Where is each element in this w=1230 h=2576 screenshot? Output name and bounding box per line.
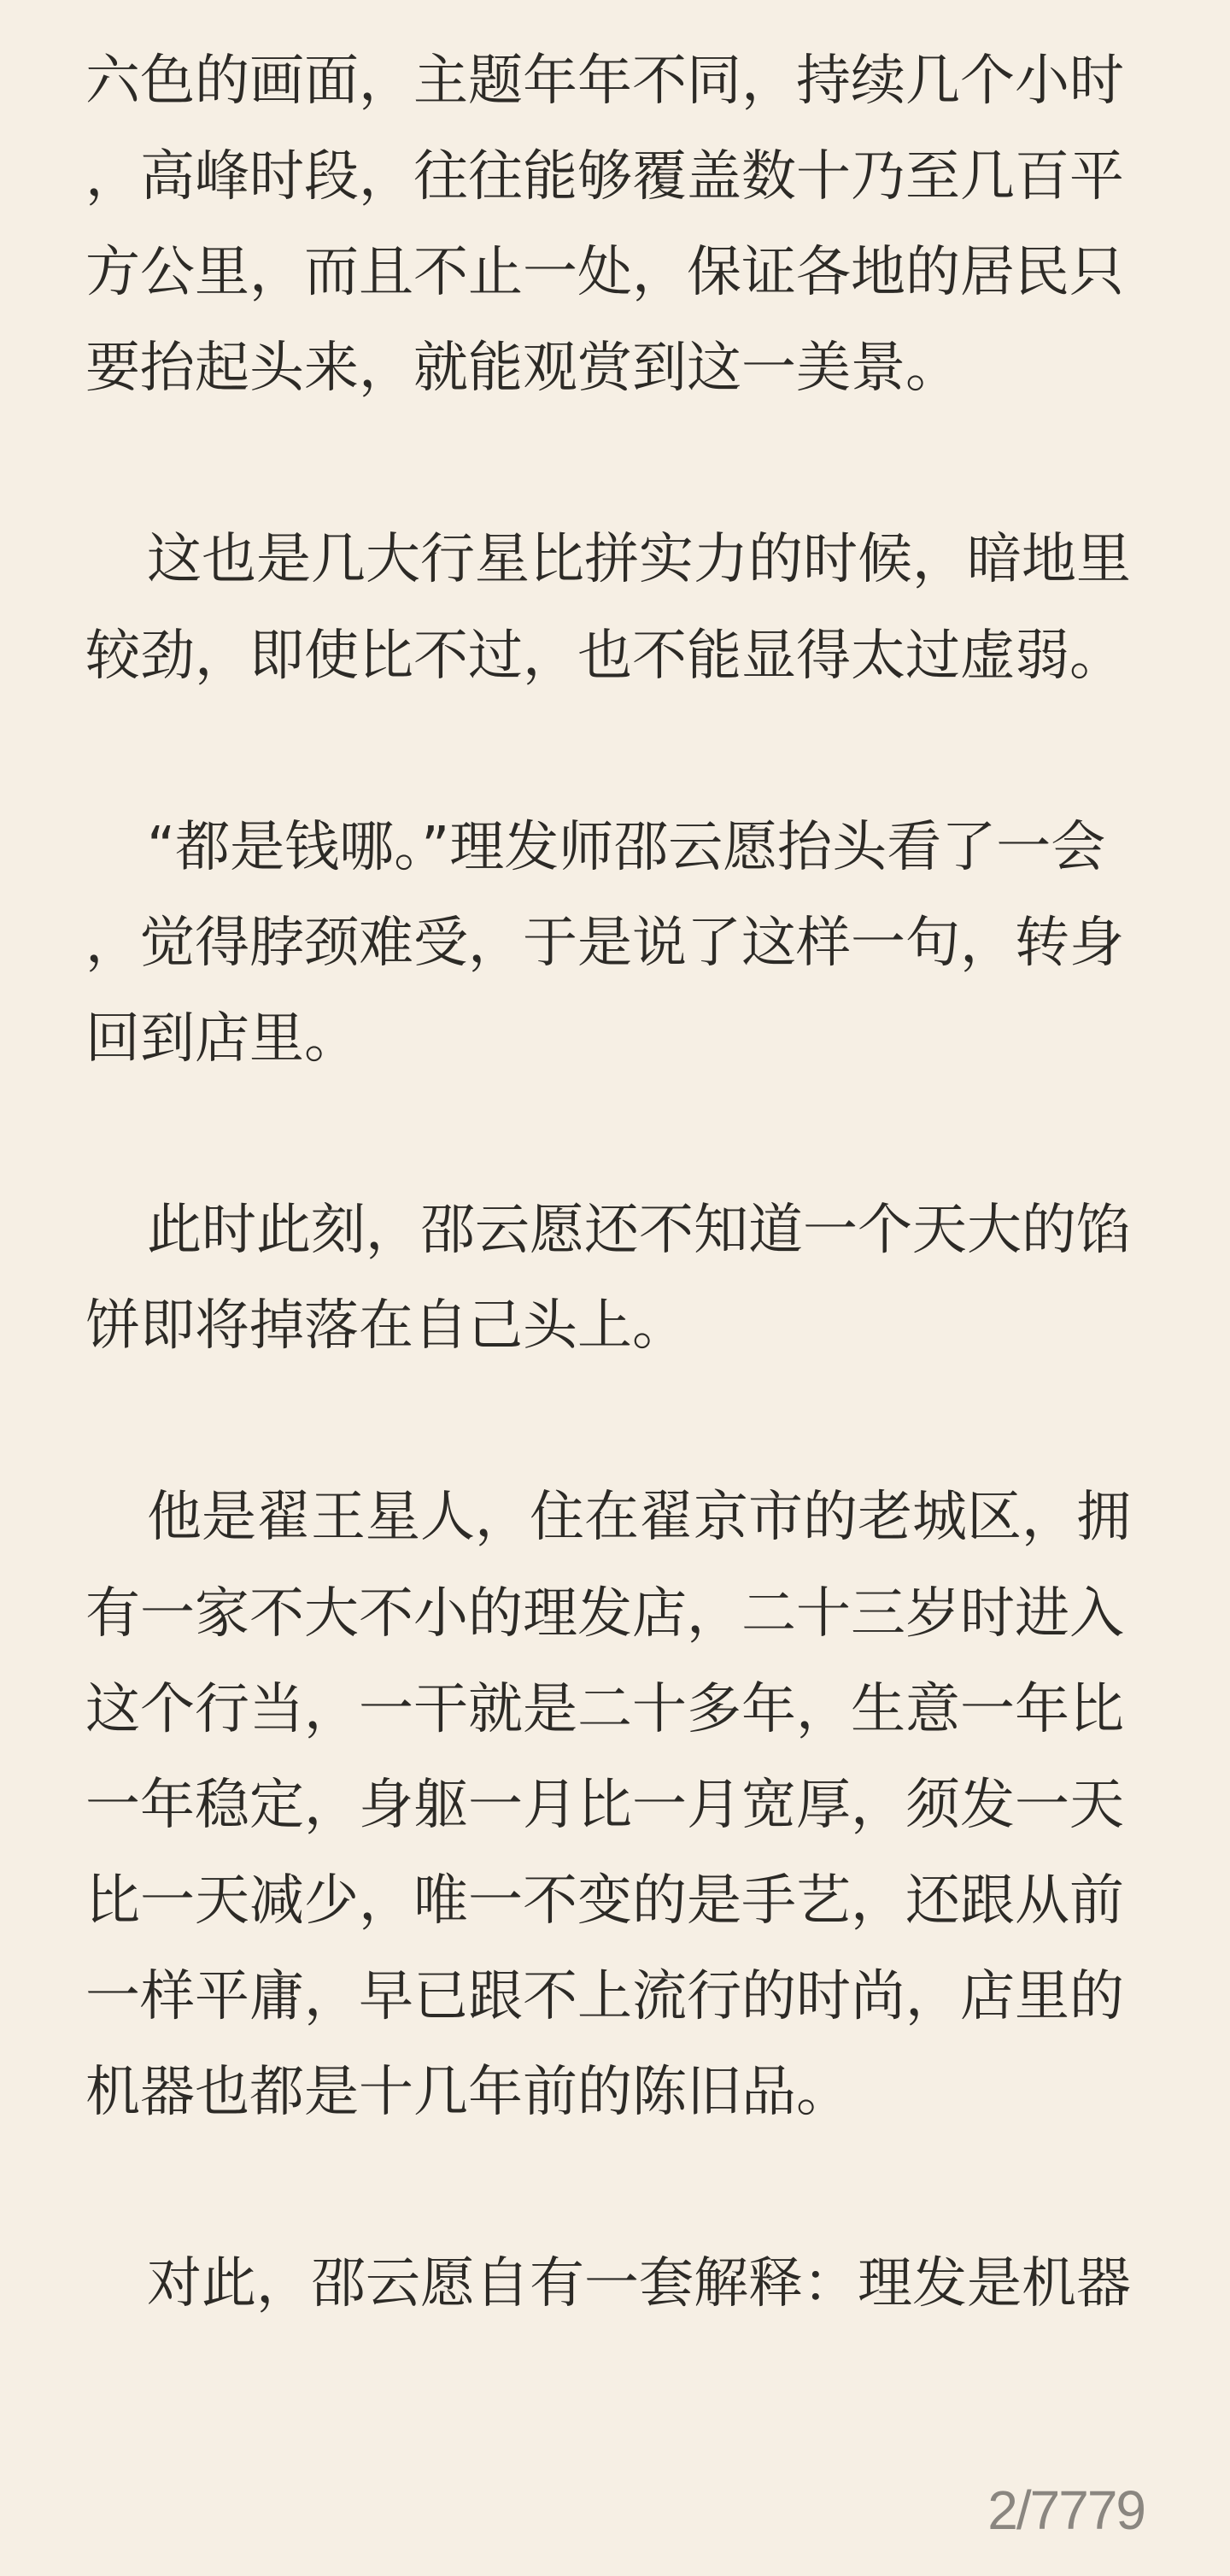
- paragraph: 六色的画面，主题年年不同，持续几个小时 ，高峰时段，往往能够覆盖数十乃至几百平 …: [85, 33, 1145, 416]
- text-line: 比一天减少，唯一不变的是手艺，还跟从前: [85, 1853, 1145, 1949]
- text-line: “都是钱哪。”理发师邵云愿抬头看了一会: [85, 800, 1145, 895]
- text-line: 此时此刻，邵云愿还不知道一个天大的馅: [85, 1182, 1145, 1278]
- text-line: 要抬起头来，就能观赏到这一美景。: [85, 320, 1145, 416]
- text-line: 一年稳定，身躯一月比一月宽厚，须发一天: [85, 1757, 1145, 1853]
- text-line: 方公里，而且不止一处，保证各地的居民只: [85, 225, 1145, 320]
- text-line: 六色的画面，主题年年不同，持续几个小时: [85, 33, 1145, 129]
- paragraph: “都是钱哪。”理发师邵云愿抬头看了一会 ，觉得脖颈难受，于是说了这样一句，转身 …: [85, 800, 1145, 1087]
- text-line: 一样平庸，早已跟不上流行的时尚，店里的: [85, 1949, 1145, 2045]
- text-line: 饼即将掉落在自己头上。: [85, 1278, 1145, 1374]
- text-line: ，觉得脖颈难受，于是说了这样一句，转身: [85, 895, 1145, 991]
- book-text: 六色的画面，主题年年不同，持续几个小时 ，高峰时段，往往能够覆盖数十乃至几百平 …: [85, 33, 1145, 2332]
- paragraph: 对此，邵云愿自有一套解释：理发是机器: [85, 2236, 1145, 2332]
- paragraph: 此时此刻，邵云愿还不知道一个天大的馅 饼即将掉落在自己头上。: [85, 1182, 1145, 1374]
- text-line: 较劲，即使比不过，也不能显得太过虚弱。: [85, 608, 1145, 704]
- text-line: ，高峰时段，往往能够覆盖数十乃至几百平: [85, 129, 1145, 225]
- text-line: 这个行当，一干就是二十多年，生意一年比: [85, 1662, 1145, 1757]
- text-line: 机器也都是十几年前的陈旧品。: [85, 2045, 1145, 2140]
- paragraph: 这也是几大行星比拼实力的时候，暗地里 较劲，即使比不过，也不能显得太过虚弱。: [85, 512, 1145, 703]
- page-indicator: 2/7779: [987, 2483, 1145, 2538]
- paragraph: 他是翟王星人，住在翟京市的老城区，拥 有一家不大不小的理发店，二十三岁时进入 这…: [85, 1470, 1145, 2140]
- text-line: 有一家不大不小的理发店，二十三岁时进入: [85, 1566, 1145, 1662]
- reader-page[interactable]: 六色的画面，主题年年不同，持续几个小时 ，高峰时段，往往能够覆盖数十乃至几百平 …: [0, 0, 1230, 2576]
- text-line: 他是翟王星人，住在翟京市的老城区，拥: [85, 1470, 1145, 1565]
- text-line: 这也是几大行星比拼实力的时候，暗地里: [85, 512, 1145, 607]
- text-line: 回到店里。: [85, 991, 1145, 1087]
- text-line: 对此，邵云愿自有一套解释：理发是机器: [85, 2236, 1145, 2332]
